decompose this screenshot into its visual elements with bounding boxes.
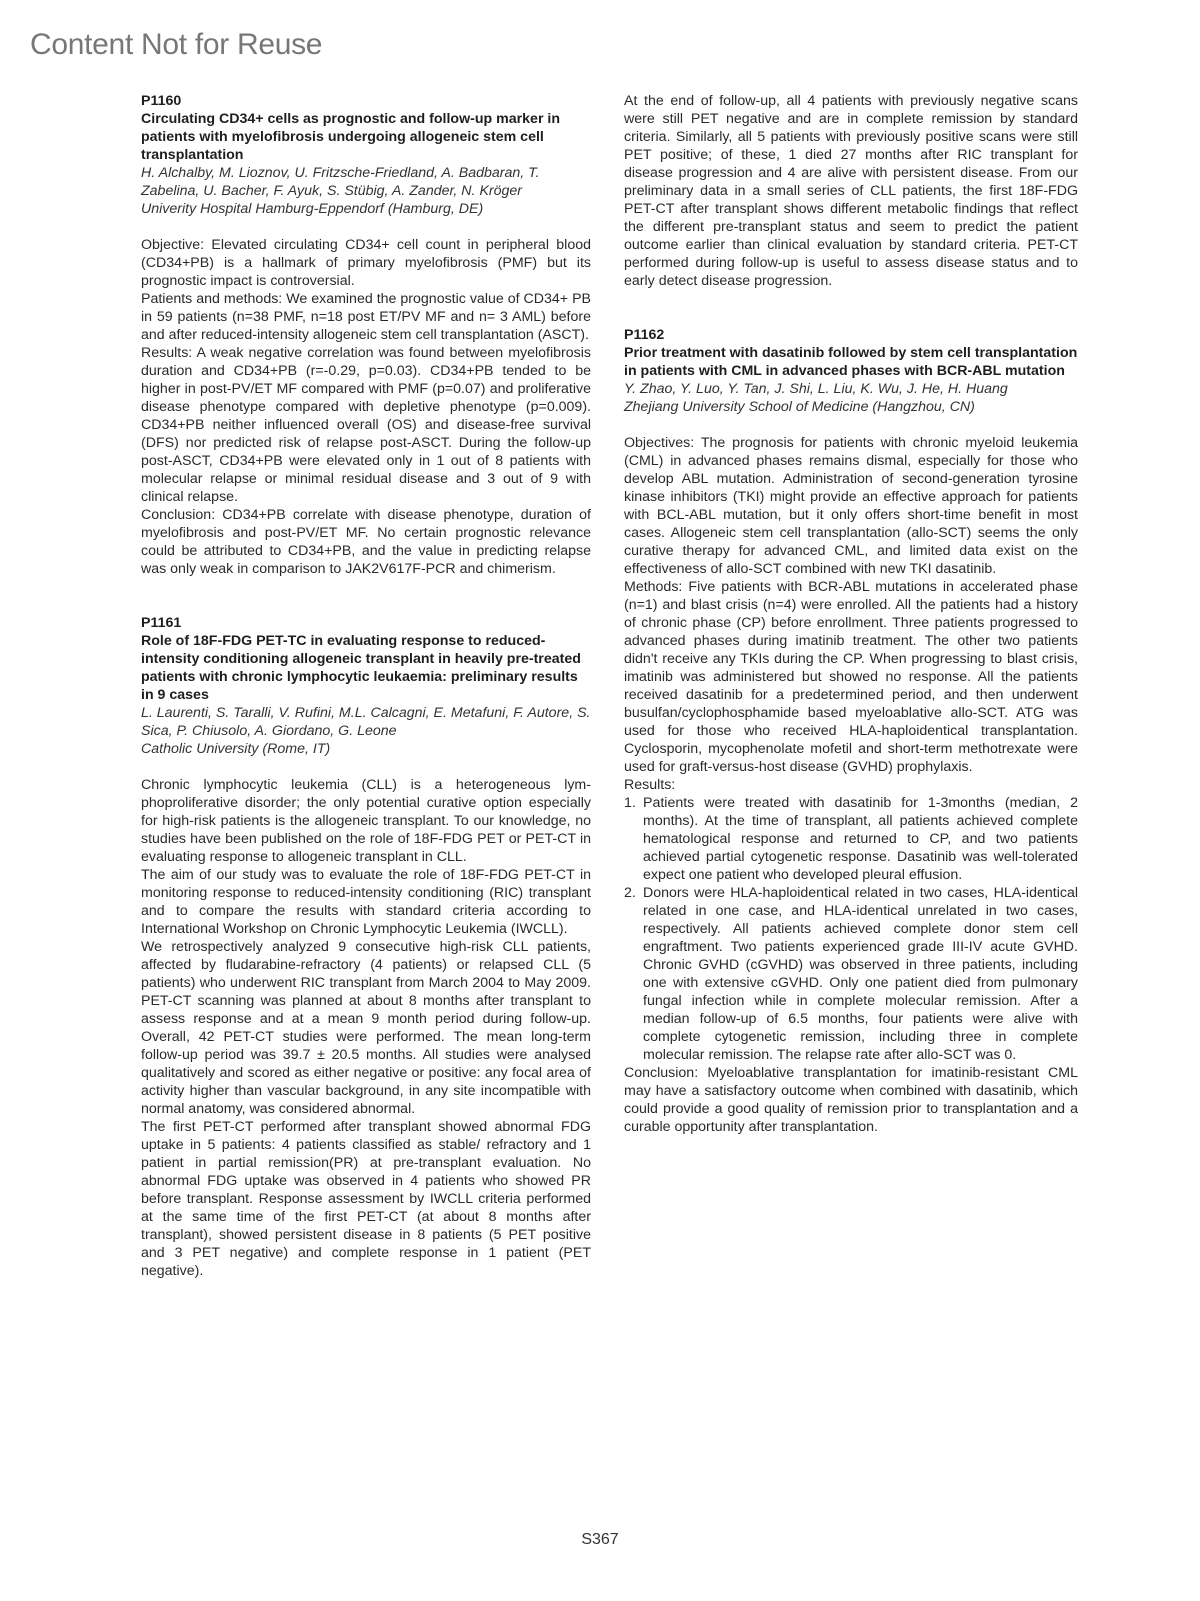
abstract-body: Objectives: The prognosis for patients w… [624,434,1078,1136]
paragraph-intro: Chronic lymphocytic leukemia (CLL) is a … [141,776,591,866]
authors: H. Alchalby, M. Lioznov, U. Fritzsche-Fr… [141,164,591,200]
results-list-item: 1. Patients were treated with dasatinib … [624,794,1078,884]
list-number: 1. [624,794,636,812]
abstract-id: P1160 [141,92,591,110]
abstract-p1162: P1162 Prior treatment with dasatinib fol… [624,326,1078,1136]
watermark: Content Not for Reuse [30,28,322,62]
abstract-p1160: P1160 Circulating CD34+ cells as prognos… [141,92,591,578]
abstract-id: P1162 [624,326,1078,344]
paragraph-conclusion: Conclusion: CD34+PB correlate with disea… [141,506,591,578]
affiliation: Zhejiang University School of Medicine (… [624,398,1078,416]
abstract-id: P1161 [141,614,591,632]
paragraph-results: Results: A weak negative correlation was… [141,344,591,506]
paragraph-methods: Methods: Five patients with BCR-ABL muta… [624,578,1078,776]
paragraph-results: The first PET-CT performed after transpl… [141,1118,591,1280]
left-column: P1160 Circulating CD34+ cells as prognos… [141,92,591,1280]
list-text: Patients were treated with dasatinib for… [643,795,1078,883]
right-column: At the end of follow-up, all 4 patients … [624,92,1078,1136]
abstract-p1161-continued: At the end of follow-up, all 4 patients … [624,92,1078,290]
paragraph-aim: The aim of our study was to evaluate the… [141,866,591,938]
page-number: S367 [0,1531,1200,1549]
abstract-body: Chronic lymphocytic leukemia (CLL) is a … [141,776,591,1280]
abstract-title: Circulating CD34+ cells as prognostic an… [141,110,591,164]
paragraph-conclusion: Conclusion: Myeloablative transplantatio… [624,1064,1078,1136]
paragraph-conclusion: At the end of follow-up, all 4 patients … [624,92,1078,290]
affiliation: Univerity Hospital Hamburg-Eppendorf (Ha… [141,200,591,218]
paragraph-objective: Objective: Elevated circulating CD34+ ce… [141,236,591,290]
abstract-title: Prior treatment with dasatinib followed … [624,344,1078,380]
list-text: Donors were HLA-haploidentical related i… [643,885,1078,1063]
results-heading: Results: [624,776,1078,794]
affiliation: Catholic University (Rome, IT) [141,740,591,758]
paragraph-methods: We retrospectively analyzed 9 consecutiv… [141,938,591,1118]
abstract-body: Objective: Elevated circulating CD34+ ce… [141,236,591,578]
list-number: 2. [624,884,636,902]
paragraph-objectives: Objectives: The prognosis for patients w… [624,434,1078,578]
abstract-title: Role of 18F-FDG PET-TC in evaluating res… [141,632,591,704]
authors: L. Laurenti, S. Taralli, V. Rufini, M.L.… [141,704,591,740]
paragraph-methods: Patients and methods: We examined the pr… [141,290,591,344]
results-list: 1. Patients were treated with dasatinib … [624,794,1078,1064]
authors: Y. Zhao, Y. Luo, Y. Tan, J. Shi, L. Liu,… [624,380,1078,398]
abstract-p1161: P1161 Role of 18F-FDG PET-TC in evaluati… [141,614,591,1280]
results-list-item: 2. Donors were HLA-haploidentical relate… [624,884,1078,1064]
